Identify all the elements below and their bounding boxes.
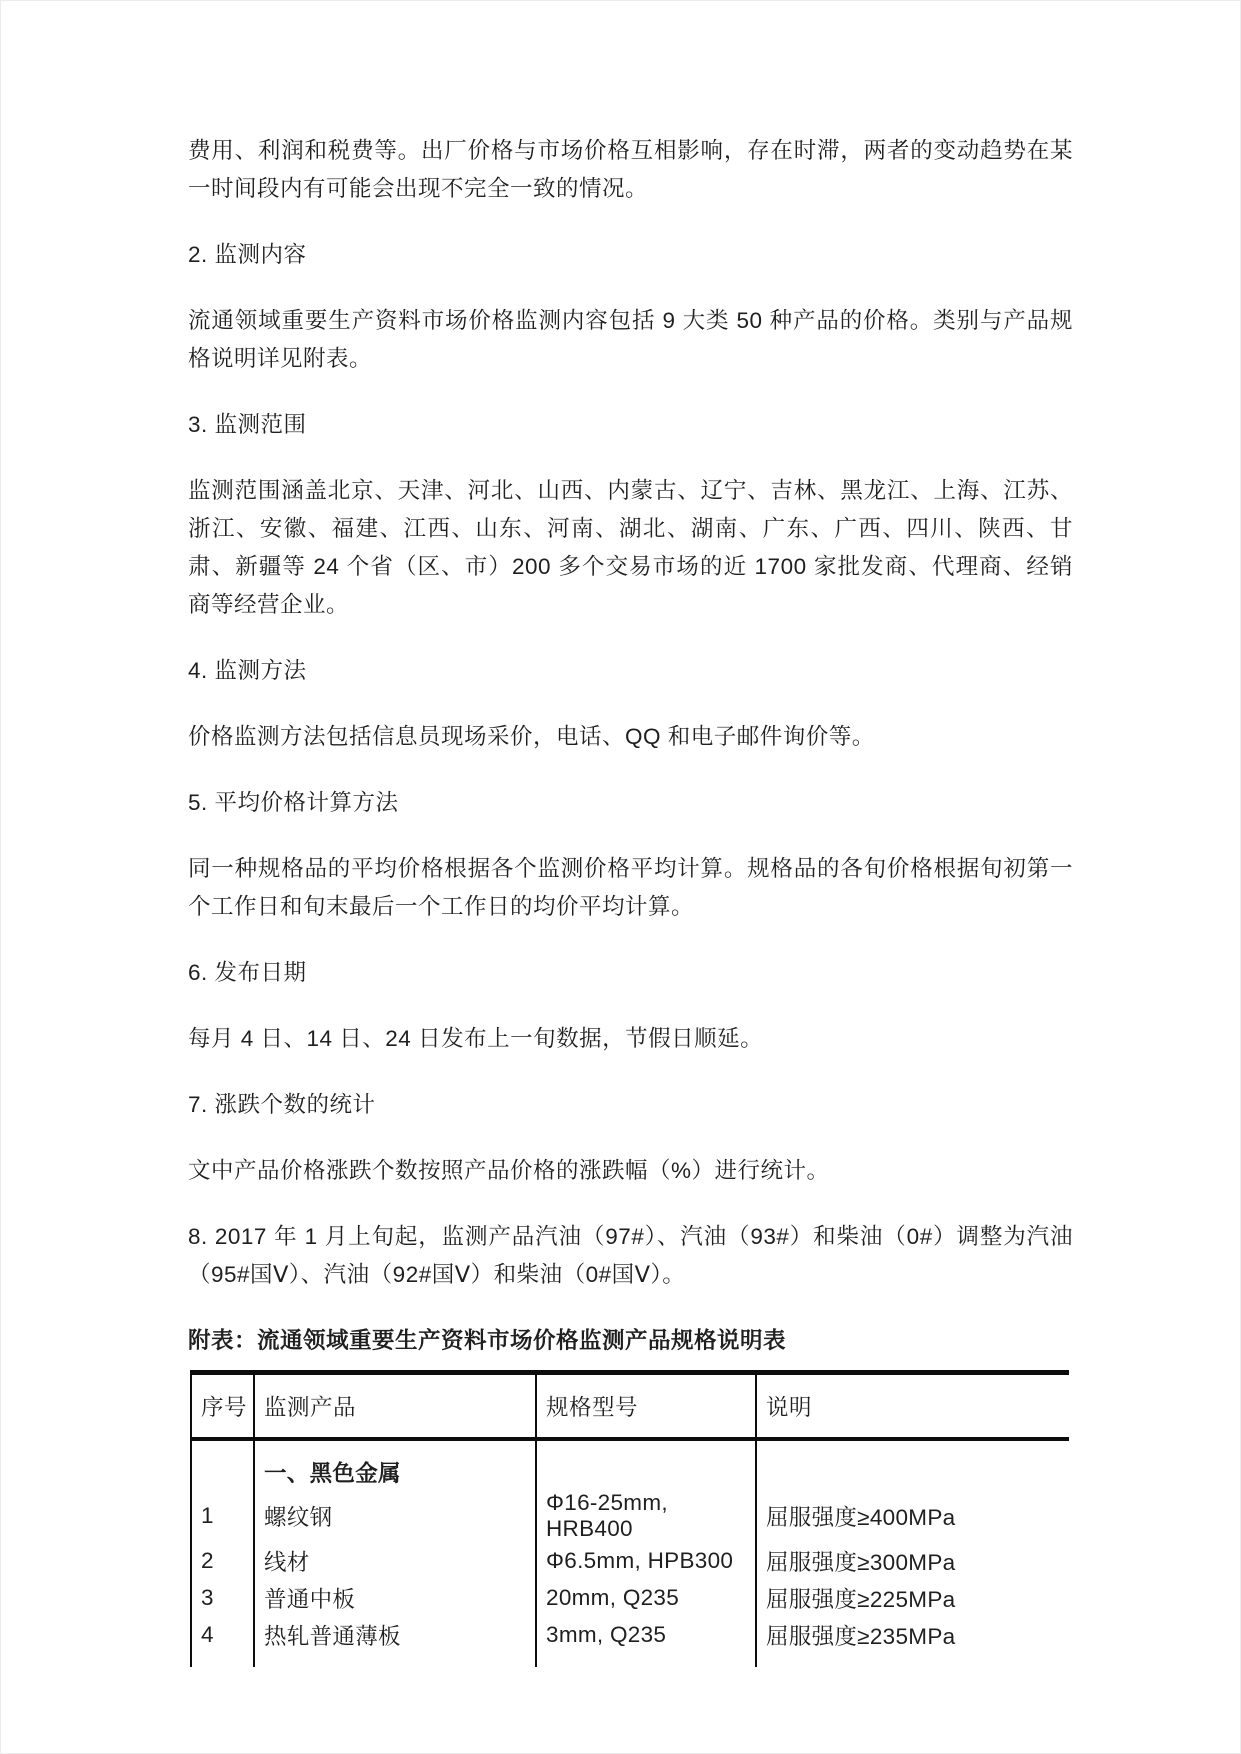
cell-serial: 3 bbox=[191, 1579, 254, 1616]
document-page: { "page": { "text_color": "#1f1f1f", "in… bbox=[0, 0, 1241, 1754]
cell-note bbox=[756, 1439, 1069, 1490]
cell-product: 螺纹钢 bbox=[254, 1490, 536, 1542]
section-paragraph-monitor-scope: 监测范围涵盖北京、天津、河北、山西、内蒙古、辽宁、吉林、黑龙江、上海、江苏、浙江… bbox=[188, 472, 1073, 624]
cell-product: 线材 bbox=[254, 1542, 536, 1579]
col-header-spec: 规格型号 bbox=[536, 1373, 756, 1440]
cell-product: 热轧普通薄板 bbox=[254, 1616, 536, 1653]
table-spacer-row bbox=[191, 1653, 1069, 1667]
cell-product: 普通中板 bbox=[254, 1579, 536, 1616]
cell-note: 屈服强度≥300MPa bbox=[756, 1542, 1069, 1579]
intro-paragraph: 费用、利润和税费等。出厂价格与市场价格互相影响，存在时滞，两者的变动趋势在某一时… bbox=[188, 132, 1073, 208]
spec-table: 序号 监测产品 规格型号 说明 一、黑色金属 1 螺纹钢 Φ16-25mm, H… bbox=[190, 1370, 1069, 1667]
section-heading-monitor-scope: 3. 监测范围 bbox=[188, 406, 1073, 444]
section-heading-monitor-content: 2. 监测内容 bbox=[188, 236, 1073, 274]
cell-spec: 3mm, Q235 bbox=[536, 1616, 756, 1653]
page-content: 费用、利润和税费等。出厂价格与市场价格互相影响，存在时滞，两者的变动趋势在某一时… bbox=[0, 0, 1241, 1667]
section-heading-updown-count: 7. 涨跌个数的统计 bbox=[188, 1086, 1073, 1124]
category-row-ferrous-metal: 一、黑色金属 bbox=[191, 1439, 1069, 1490]
section-paragraph-publish-date: 每月 4 日、14 日、24 日发布上一旬数据，节假日顺延。 bbox=[188, 1020, 1073, 1058]
cell-spec: Φ6.5mm, HPB300 bbox=[536, 1542, 756, 1579]
cell-note: 屈服强度≥235MPa bbox=[756, 1616, 1069, 1653]
cell-serial: 2 bbox=[191, 1542, 254, 1579]
section-paragraph-average-price: 同一种规格品的平均价格根据各个监测价格平均计算。规格品的各旬价格根据旬初第一个工… bbox=[188, 850, 1073, 926]
cell-spec: Φ16-25mm, HRB400 bbox=[536, 1490, 756, 1542]
cell-category-label: 一、黑色金属 bbox=[254, 1439, 536, 1490]
section-heading-publish-date: 6. 发布日期 bbox=[188, 954, 1073, 992]
table-row: 4 热轧普通薄板 3mm, Q235 屈服强度≥235MPa bbox=[191, 1616, 1069, 1653]
cell-serial bbox=[191, 1439, 254, 1490]
section-paragraph-updown-count: 文中产品价格涨跌个数按照产品价格的涨跌幅（%）进行统计。 bbox=[188, 1152, 1073, 1190]
appendix-title: 附表：流通领域重要生产资料市场价格监测产品规格说明表 bbox=[188, 1322, 1073, 1360]
table-row: 2 线材 Φ6.5mm, HPB300 屈服强度≥300MPa bbox=[191, 1542, 1069, 1579]
cell-serial: 4 bbox=[191, 1616, 254, 1653]
col-header-note: 说明 bbox=[756, 1373, 1069, 1440]
cell-note: 屈服强度≥225MPa bbox=[756, 1579, 1069, 1616]
section-paragraph-monitor-content: 流通领域重要生产资料市场价格监测内容包括 9 大类 50 种产品的价格。类别与产… bbox=[188, 302, 1073, 378]
section-paragraph-monitor-method: 价格监测方法包括信息员现场采价，电话、QQ 和电子邮件询价等。 bbox=[188, 718, 1073, 756]
cell-note: 屈服强度≥400MPa bbox=[756, 1490, 1069, 1542]
cell-serial: 1 bbox=[191, 1490, 254, 1542]
col-header-product: 监测产品 bbox=[254, 1373, 536, 1440]
table-row: 3 普通中板 20mm, Q235 屈服强度≥225MPa bbox=[191, 1579, 1069, 1616]
col-header-serial: 序号 bbox=[191, 1373, 254, 1440]
cell-spec bbox=[536, 1439, 756, 1490]
section-heading-monitor-method: 4. 监测方法 bbox=[188, 652, 1073, 690]
cell-spec: 20mm, Q235 bbox=[536, 1579, 756, 1616]
note-paragraph-8: 8. 2017 年 1 月上旬起，监测产品汽油（97#）、汽油（93#）和柴油（… bbox=[188, 1218, 1073, 1294]
section-heading-average-price: 5. 平均价格计算方法 bbox=[188, 784, 1073, 822]
table-row: 1 螺纹钢 Φ16-25mm, HRB400 屈服强度≥400MPa bbox=[191, 1490, 1069, 1542]
table-header-row: 序号 监测产品 规格型号 说明 bbox=[191, 1373, 1069, 1440]
